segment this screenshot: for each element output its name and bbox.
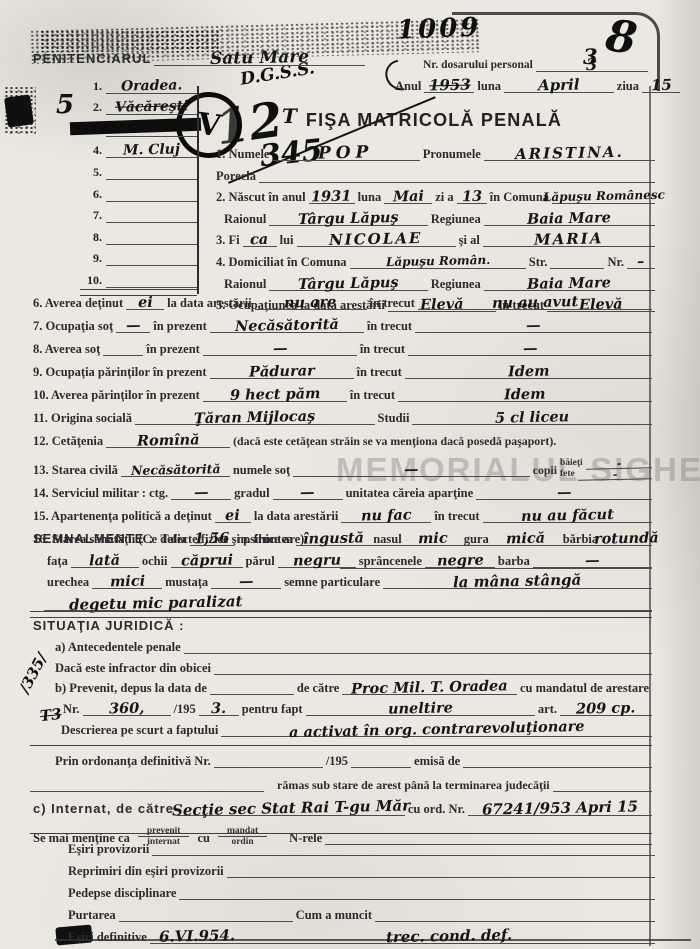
item-number: 2. bbox=[78, 100, 102, 115]
underline-field: căprui bbox=[171, 552, 243, 568]
handwritten-value: ei bbox=[138, 296, 153, 309]
form-row: urecheamicimustaţa—semne particularela m… bbox=[30, 573, 652, 589]
printed-label: art. bbox=[538, 702, 557, 716]
printed-label: semne particulare bbox=[284, 575, 380, 589]
underline-field: Lăpuşu Românesc bbox=[552, 188, 655, 204]
underline-field: negru bbox=[278, 552, 356, 568]
form-row: Prin ordonanţa definitivă Nr./195emisă d… bbox=[30, 752, 652, 768]
printed-label: rămas sub stare de arest până la termina… bbox=[277, 778, 550, 792]
underline-field: nu fac bbox=[341, 507, 431, 523]
printed-label: Nr. bbox=[607, 255, 624, 269]
detention-section: Prin ordonanţa definitivă Nr./195emisă d… bbox=[30, 752, 652, 853]
form-row: faţalatăochiicăpruipărulnegrusprâncenele… bbox=[30, 552, 652, 568]
printed-label: faţa bbox=[47, 554, 68, 568]
form-row: b) Prevenit, depus la data dede cătrePro… bbox=[30, 679, 652, 695]
underline-field: Idem bbox=[398, 386, 652, 402]
printed-label: emisă de bbox=[414, 754, 460, 768]
description-section: SEMNALMENTE :Talia1,56m. frunteaîngustăn… bbox=[30, 530, 652, 616]
printed-label: în trecut bbox=[357, 365, 402, 379]
handwritten-value: Romînă bbox=[137, 433, 200, 447]
form-row: RaionulTârgu LăpuşRegiuneaBaia Mare bbox=[213, 210, 655, 226]
handwritten-value: Oradea. bbox=[121, 79, 183, 93]
form-row: rămas sub stare de arest până la termina… bbox=[30, 776, 652, 792]
underline-field: degetu mic paralizat bbox=[44, 595, 268, 611]
form-row: 10. Averea părinţilor în prezent9 hect p… bbox=[30, 386, 652, 402]
form-row: RaionulTârgu LăpuşRegiuneaBaia Mare bbox=[213, 275, 655, 291]
underline-field: Baia Mare bbox=[484, 275, 655, 291]
underline-field: Baia Mare bbox=[484, 210, 655, 226]
underline-field: Idem bbox=[405, 363, 652, 379]
handwritten-corner-number: 1009 bbox=[397, 13, 482, 46]
dossier-label: Nr. dosarului personal bbox=[423, 58, 533, 72]
handwritten-value: 67241/953 Apri 15 bbox=[482, 800, 638, 816]
margin-list-item: 3. bbox=[78, 115, 197, 137]
blank-underline bbox=[103, 340, 143, 356]
handwritten-value: Idem bbox=[507, 365, 549, 379]
underline-field: — bbox=[533, 552, 652, 568]
stack-line: băieţi- bbox=[560, 458, 652, 469]
header-penitentiary: PENITENCIARULSatu Mare bbox=[30, 50, 365, 66]
printed-label: 3. Fi bbox=[216, 233, 240, 247]
form-row: PENITENCIARULSatu Mare bbox=[30, 50, 365, 66]
handwritten-value: — bbox=[126, 319, 141, 332]
printed-label: unitatea căreia aparţine bbox=[346, 486, 474, 500]
handwritten-value: Necăsătorită bbox=[235, 318, 339, 333]
handwritten-value: Baia Mare bbox=[527, 276, 611, 291]
form-row: 6. Averea deţinuteila data arestăriinu a… bbox=[30, 294, 652, 310]
margin-list-item: 2.Văcăreşti bbox=[78, 94, 197, 116]
handwritten-value: Târgu Lăpuş bbox=[298, 211, 399, 226]
printed-label: zi a bbox=[435, 190, 453, 204]
underline-field bbox=[106, 165, 197, 180]
blank-underline bbox=[259, 167, 655, 183]
printed-label: luna bbox=[358, 190, 382, 204]
printed-label: 15. Apartenenţa politică a deţinut bbox=[33, 509, 212, 523]
printed-label: 11. Origina socială bbox=[33, 411, 132, 425]
blank-underline bbox=[227, 862, 655, 878]
printed-label: b) Prevenit, depus la data de bbox=[55, 681, 207, 695]
underline-field: ARISTINA. bbox=[484, 145, 655, 161]
handwritten-value: 209 cp. bbox=[576, 702, 636, 716]
underline-field: 9 hect păm bbox=[203, 386, 347, 402]
handwritten-value: degetu mic paralizat bbox=[69, 595, 243, 612]
printed-label: 14. Serviciul militar : ctg. bbox=[33, 486, 168, 500]
printed-label: cu mandatul de arestare bbox=[520, 681, 649, 695]
printed-label: 10. Averea părinţilor în prezent bbox=[33, 388, 200, 402]
item-number: 6. bbox=[78, 187, 102, 202]
underline-field: ei bbox=[215, 507, 251, 523]
form-row: PurtareaCum a muncit bbox=[65, 906, 655, 922]
form-row: 11. Origina socialăŢăran MijlocaşStudii5… bbox=[30, 409, 652, 425]
form-row: Anul1953lunaAprilziua15 bbox=[392, 77, 680, 93]
printed-label: pentru fapt bbox=[242, 702, 303, 716]
year-value: 1953 bbox=[424, 77, 474, 93]
handwritten-value: 360, bbox=[109, 702, 145, 716]
handwritten-value: nu are bbox=[284, 295, 337, 309]
underline-field: — bbox=[211, 573, 281, 589]
month-label: luna bbox=[477, 79, 501, 93]
form-row: Pedepse disciplinare bbox=[65, 884, 655, 900]
underline-field: mică bbox=[492, 530, 560, 546]
handwritten-value: Lăpuşu Român. bbox=[385, 254, 490, 269]
handwritten-value: Mai bbox=[393, 190, 424, 204]
printed-heading: SITUAŢIA JURIDICĂ : bbox=[33, 619, 184, 633]
printed-label: mustaţa bbox=[165, 575, 208, 589]
form-row: SEMNALMENTE :Talia1,56m. frunteaîngustăn… bbox=[30, 530, 652, 546]
header-date: Anul1953lunaAprilziua15 bbox=[392, 77, 680, 93]
form-row: Nr.360,/1953.pentru faptuneltireart.209 … bbox=[30, 700, 652, 716]
form-row: 14. Serviciul militar : ctg.—gradul—unit… bbox=[30, 484, 652, 500]
printed-label: 9. Ocupaţia părinţilor în prezent bbox=[33, 365, 207, 379]
form-row: 4. Domiciliat în ComunaLăpuşu Român.Str.… bbox=[213, 253, 655, 269]
handwritten-value: 6.VI.954. bbox=[159, 929, 235, 944]
printed-label: în trecut bbox=[350, 388, 395, 402]
printed-label: Dacă este infractor din obicei bbox=[55, 661, 211, 675]
release-section: Eşiri provizoriiReprimiri din eşiri prov… bbox=[65, 840, 655, 949]
blank-underline bbox=[210, 679, 294, 695]
handwritten-value: — bbox=[557, 486, 572, 499]
form-row: Eşiri provizorii bbox=[65, 840, 655, 856]
underline-field: lată bbox=[71, 552, 139, 568]
underline-field: mici bbox=[92, 573, 162, 589]
handwritten-value: Idem bbox=[504, 388, 546, 402]
form-row: Eşiri definitive6.VI.954.trec. cond. def… bbox=[65, 928, 655, 944]
identity-rows: 1. NumelePOPPronumeleARISTINA.Porecla2. … bbox=[213, 145, 655, 312]
printed-label: numele soţ bbox=[233, 463, 290, 477]
underline-field: — bbox=[116, 317, 150, 333]
stack-label: fete bbox=[560, 469, 575, 480]
handwritten-value: April bbox=[538, 79, 580, 93]
printed-label: părul bbox=[246, 554, 275, 568]
underline-field: 360, bbox=[83, 700, 171, 716]
stack-line: fete- bbox=[560, 469, 652, 480]
handwritten-value: mici bbox=[109, 575, 144, 589]
margin-list-item: 1.Oradea. bbox=[78, 72, 197, 94]
underline-field: ei bbox=[126, 294, 164, 310]
printed-label: gradul bbox=[234, 486, 269, 500]
handwritten-side-mark: 5 bbox=[56, 90, 74, 120]
printed-label: lui bbox=[280, 233, 294, 247]
handwritten-value: - bbox=[586, 458, 652, 469]
margin-list-item: 7. bbox=[78, 202, 197, 224]
handwritten-value: MARIA bbox=[534, 233, 604, 247]
form-row: Reprimiri din eşiri provizorii bbox=[65, 862, 655, 878]
margin-transfer-list: 1.Oradea.2.Văcăreşti3.4.M. Cluj5.6.7.8.9… bbox=[78, 72, 197, 288]
printed-label: Prin ordonanţa definitivă Nr. bbox=[55, 754, 211, 768]
underline-field: Târgu Lăpuş bbox=[269, 275, 427, 291]
stack-label: băieţi bbox=[560, 458, 583, 469]
printed-label: /195 bbox=[326, 754, 348, 768]
underline-field: Pădurar bbox=[210, 363, 354, 379]
form-row: Descrierea pe scurt a faptuluia activat … bbox=[30, 721, 652, 737]
printed-label: Raionul bbox=[224, 277, 266, 291]
section-rule bbox=[30, 745, 652, 746]
printed-label: 1. Numele bbox=[216, 147, 269, 161]
underline-field: M. Cluj bbox=[106, 143, 197, 158]
margin-list-item: 9. bbox=[78, 245, 197, 267]
underline-field bbox=[106, 251, 197, 266]
underline-field: Necăsătorită bbox=[210, 317, 364, 333]
underline-field: — bbox=[293, 461, 530, 477]
printed-label: în Comuna bbox=[490, 190, 549, 204]
item-number: 7. bbox=[78, 208, 102, 223]
form-row: SITUAŢIA JURIDICĂ : bbox=[30, 618, 652, 633]
underline-field: — bbox=[415, 317, 652, 333]
printed-label: 6. Averea deţinut bbox=[33, 296, 123, 310]
underline-field: POP bbox=[272, 145, 419, 161]
underline-field: mic bbox=[405, 530, 461, 546]
month-value: April bbox=[504, 77, 614, 93]
printed-label: Str. bbox=[529, 255, 548, 269]
blank-underline bbox=[463, 752, 652, 768]
handwritten-value: Satu Mare bbox=[210, 51, 309, 66]
printed-label: Nr. bbox=[63, 702, 80, 716]
margin-list-item: 6. bbox=[78, 180, 197, 202]
underline-field: 3. bbox=[199, 700, 239, 716]
underline-field: Văcăreşti bbox=[106, 100, 197, 115]
printed-label: Regiunea bbox=[431, 277, 481, 291]
handwritten-value: M. Cluj bbox=[123, 144, 180, 158]
printed-label: Eşiri provizorii bbox=[68, 842, 149, 856]
underline-field: – bbox=[627, 253, 655, 269]
item-number: 5. bbox=[78, 165, 102, 180]
printed-label: la data arestării bbox=[254, 509, 338, 523]
printed-label: la data arestării bbox=[167, 296, 251, 310]
form-row: 15. Apartenenţa politică a deţinuteila d… bbox=[30, 507, 652, 523]
column-divider bbox=[197, 86, 199, 294]
handwritten-value: Secţie sec Stat Rai T-gu Măr bbox=[172, 800, 410, 818]
item-number: 8. bbox=[78, 230, 102, 245]
section-rule bbox=[30, 611, 652, 618]
legal-status-section: SITUAŢIA JURIDICĂ :a) Antecedentele pena… bbox=[30, 618, 652, 742]
blank-underline bbox=[375, 906, 655, 922]
printed-label: bărbia bbox=[563, 532, 598, 546]
blank-underline bbox=[152, 840, 655, 856]
form-row: Porecla bbox=[213, 167, 655, 183]
form-row: 9. Ocupaţia părinţilor în prezentPădurar… bbox=[30, 363, 652, 379]
underline-field: nu au făcut bbox=[483, 507, 652, 523]
underline-field: nu au avut bbox=[418, 294, 652, 310]
handwritten-value: Târgu Lăpuş bbox=[298, 276, 399, 291]
printed-label: Descrierea pe scurt a faptului bbox=[61, 723, 218, 737]
handwritten-value: la mâna stângă bbox=[453, 574, 582, 590]
handwritten-value: ca bbox=[250, 233, 269, 246]
handwritten-value: 13 bbox=[461, 190, 481, 203]
form-row: Nr. dosarului personal3 bbox=[420, 56, 648, 72]
handwritten-value: 9 hect păm bbox=[229, 387, 320, 402]
underline-field: — bbox=[476, 484, 652, 500]
underline-field bbox=[106, 273, 197, 288]
handwritten-value: ARISTINA. bbox=[515, 146, 624, 161]
underline-field: — bbox=[273, 484, 343, 500]
printed-label: 12. Cetăţenia bbox=[33, 434, 103, 448]
handwritten-value: — bbox=[272, 342, 287, 355]
form-row: 3. FicaluiNICOLAEşi alMARIA bbox=[213, 231, 655, 247]
form-row: a) Antecedentele penale bbox=[30, 638, 652, 654]
printed-label: Reprimiri din eşiri provizorii bbox=[68, 864, 224, 878]
handwritten-value: nu fac bbox=[361, 508, 412, 522]
underline-field: 13 bbox=[457, 188, 487, 204]
handwritten-value: NICOLAE bbox=[329, 232, 423, 247]
children-stack: băieţi-fete- bbox=[560, 458, 652, 480]
blank-underline bbox=[550, 253, 604, 269]
form-row: 1. NumelePOPPronumeleARISTINA. bbox=[213, 145, 655, 161]
handwritten-value: a activat în org. contrarevoluţionare bbox=[289, 720, 585, 739]
underline-field: 6.VI.954. bbox=[150, 928, 244, 944]
printed-label: 8. Averea soţ bbox=[33, 342, 100, 356]
handwritten-value: 3. bbox=[211, 702, 226, 715]
handwritten-value: 3 bbox=[586, 58, 597, 71]
printed-label: m. fruntea bbox=[237, 532, 293, 546]
underline-field: — bbox=[408, 340, 652, 356]
underline-field: Necăsătorită bbox=[121, 461, 230, 477]
item-number: 1. bbox=[78, 79, 102, 94]
item-number: 9. bbox=[78, 251, 102, 266]
printed-label: (dacă este cetăţean străin se va menţion… bbox=[233, 434, 556, 448]
underline-field: — bbox=[171, 484, 231, 500]
blank-underline bbox=[351, 752, 411, 768]
handwritten-value: – bbox=[637, 255, 645, 268]
day-label: ziua bbox=[617, 79, 639, 93]
handwritten-value: — bbox=[194, 486, 209, 499]
printed-label: Cum a muncit bbox=[296, 908, 372, 922]
underline-field: nu are bbox=[255, 294, 367, 310]
printed-label: Studii bbox=[378, 411, 410, 425]
handwritten-value: POP bbox=[318, 146, 374, 160]
underline-field: 1,56 bbox=[190, 530, 234, 546]
printed-label: Pedepse disciplinare bbox=[68, 886, 176, 900]
underline-field: Proc Mil. T. Oradea bbox=[342, 679, 517, 695]
handwritten-value: căprui bbox=[180, 553, 232, 567]
item-number: 10. bbox=[78, 273, 102, 288]
underline-field: uneltire bbox=[306, 700, 535, 716]
underline-field bbox=[106, 208, 197, 223]
underline-field: NICOLAE bbox=[297, 231, 456, 247]
year-label: Anul bbox=[395, 79, 421, 93]
margin-list-item: 10. bbox=[78, 266, 197, 288]
identity-section: FIŞA MATRICOLĂ PENALĂ 1. NumelePOPPronum… bbox=[213, 110, 655, 318]
handwritten-value: — bbox=[523, 342, 538, 355]
handwritten-value: Pădurar bbox=[249, 364, 315, 378]
handwritten-value: trec. cond. def. bbox=[386, 929, 512, 945]
underline-field: îngustă bbox=[296, 530, 370, 546]
underline-field: Ţăran Mijlocaş bbox=[135, 409, 375, 425]
form-row: 13. Starea civilăNecăsătoritănumele soţ—… bbox=[30, 455, 652, 477]
handwritten-value: Lăpuşu Românesc bbox=[542, 189, 664, 205]
underline-field: la mâna stângă bbox=[383, 573, 652, 589]
printed-heading: c) Internat, de către bbox=[33, 802, 174, 816]
printed-label: ochii bbox=[142, 554, 168, 568]
form-row: 12. CetăţeniaRomînă(dacă este cetăţean s… bbox=[30, 432, 652, 448]
printed-label: nasul bbox=[373, 532, 402, 546]
printed-heading: SEMNALMENTE : bbox=[33, 532, 154, 546]
handwritten-value: — bbox=[585, 553, 600, 566]
printed-label: 4. Domiciliat în Comuna bbox=[216, 255, 347, 269]
printed-label: sprâncenele bbox=[359, 554, 422, 568]
handwritten-value: 1,56 bbox=[194, 532, 230, 546]
printed-label: în trecut bbox=[360, 342, 405, 356]
handwritten-value: — bbox=[526, 319, 541, 332]
penitentiary-label: PENITENCIARUL bbox=[33, 52, 151, 66]
underline-field: 1931 bbox=[309, 188, 355, 204]
penitentiary-value: Satu Mare bbox=[154, 50, 365, 66]
form-row: 8. Averea soţîn prezent—în trecut— bbox=[30, 340, 652, 356]
blank-underline bbox=[179, 884, 655, 900]
handwritten-value: — bbox=[239, 575, 254, 588]
underline-field: Romînă bbox=[106, 432, 230, 448]
handwritten-value: — bbox=[300, 486, 315, 499]
printed-label: /195 bbox=[174, 702, 196, 716]
underline-field bbox=[106, 187, 197, 202]
printed-label: cu ord. Nr. bbox=[408, 802, 465, 816]
handwritten-value: Proc Mil. T. Oradea bbox=[351, 680, 508, 696]
form-row: 2. Născut în anul1931lunaMaizi a13în Com… bbox=[213, 188, 655, 204]
handwritten-value: îngustă bbox=[303, 531, 364, 545]
handwritten-value: Necăsătorită bbox=[130, 462, 220, 477]
underline-field: Oradea. bbox=[106, 79, 197, 94]
margin-list-item: 5. bbox=[78, 158, 197, 180]
day-value: 15 bbox=[642, 77, 680, 93]
underline-field: a activat în org. contrarevoluţionare bbox=[221, 721, 652, 737]
printed-label: Eşiri definitive bbox=[68, 930, 147, 944]
blank-underline bbox=[214, 752, 323, 768]
underline-field: Secţie sec Stat Rai T-gu Măr bbox=[177, 800, 405, 816]
printed-label: Porecla bbox=[216, 169, 256, 183]
blank-underline bbox=[553, 776, 652, 792]
form-row: 7. Ocupaţia soţ—în prezentNecăsătorităîn… bbox=[30, 317, 652, 333]
item-number: 4. bbox=[78, 143, 102, 158]
printed-label: urechea bbox=[47, 575, 89, 589]
underline-field bbox=[106, 230, 197, 245]
underline-field: MARIA bbox=[483, 231, 655, 247]
handwritten-value: rotundă bbox=[594, 531, 659, 545]
underline-field: — bbox=[203, 340, 357, 356]
underline-field: negre bbox=[425, 552, 495, 568]
section-rule bbox=[30, 833, 652, 834]
handwritten-value: - bbox=[578, 469, 652, 481]
handwritten-value: 15 bbox=[650, 79, 671, 92]
printed-label: copii bbox=[533, 463, 557, 477]
fraction-top: prevenit bbox=[138, 826, 190, 837]
underline-field: ca bbox=[243, 231, 277, 247]
printed-label: Regiunea bbox=[431, 212, 481, 226]
form-row: degetu mic paralizat bbox=[30, 595, 652, 611]
handwritten-value: negre bbox=[436, 553, 483, 567]
header-dossier: Nr. dosarului personal3 bbox=[420, 56, 648, 72]
handwritten-value: negru bbox=[293, 553, 341, 567]
scanned-form-page: MEMORIALUL SIGHET 1009 3 8 D.G.S.S. 12 T… bbox=[0, 0, 700, 949]
printed-label: în trecut bbox=[370, 296, 415, 310]
printed-label: Pronumele bbox=[423, 147, 481, 161]
printed-label: barba bbox=[498, 554, 530, 568]
printed-label: 2. Născut în anul bbox=[216, 190, 306, 204]
handwritten-value: Ţăran Mijlocaş bbox=[194, 410, 315, 426]
handwritten-value: 1953 bbox=[428, 79, 470, 93]
handwritten-value: Văcăreşti bbox=[115, 100, 189, 115]
printed-label: în prezent bbox=[153, 319, 207, 333]
handwritten-value: mic bbox=[418, 532, 448, 546]
underline-field: Târgu Lăpuş bbox=[269, 210, 427, 226]
printed-label: Talia bbox=[160, 532, 187, 546]
printed-label: a) Antecedentele penale bbox=[55, 640, 181, 654]
form-row: c) Internat, de cătreSecţie sec Stat Rai… bbox=[30, 800, 652, 816]
handwritten-value: uneltire bbox=[388, 702, 453, 716]
blank-underline bbox=[214, 659, 652, 675]
printed-label: gura bbox=[464, 532, 489, 546]
printed-label: în trecut bbox=[367, 319, 412, 333]
handwritten-value: mică bbox=[506, 532, 545, 546]
underline-field: Lăpuşu Român. bbox=[350, 253, 526, 269]
